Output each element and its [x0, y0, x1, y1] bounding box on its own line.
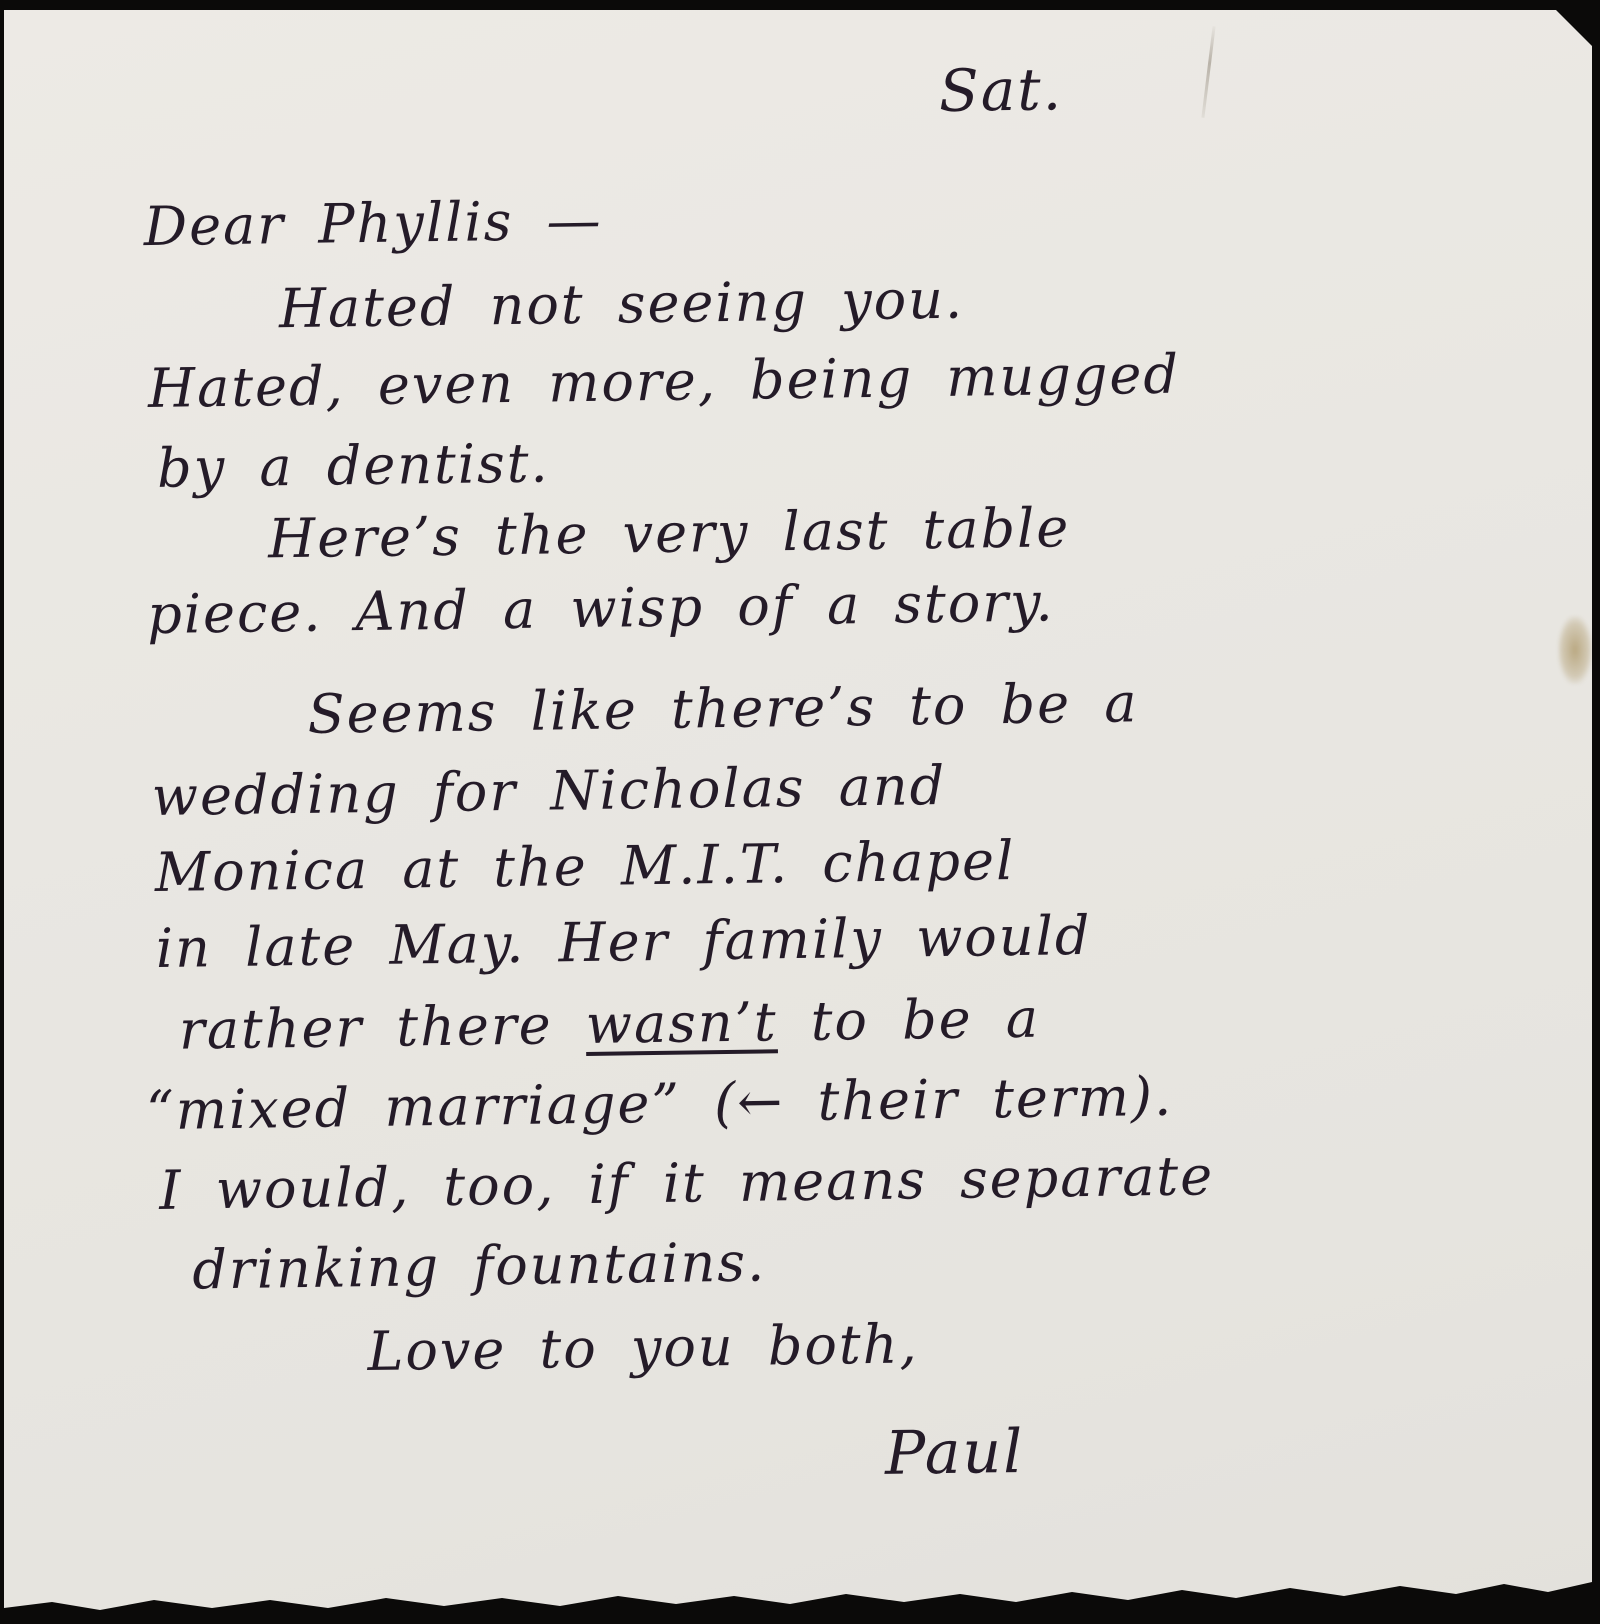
letter-closing: Love to you both, — [367, 1314, 919, 1381]
letter-body-line: “mixed marriage” (← their term). — [146, 1067, 1174, 1141]
handwritten-text-block: Sat. Dear Phyllis — Hated not seeing you… — [0, 0, 1600, 1621]
letter-body-line: I would, too, if it means separate — [159, 1146, 1215, 1220]
letter-salutation: Dear Phyllis — — [143, 191, 603, 257]
letter-body-line: drinking fountains. — [192, 1232, 767, 1299]
letter-body-line: piece. And a wisp of a story. — [147, 572, 1055, 644]
letter-body-line: wedding for Nicholas and — [151, 756, 946, 826]
letter-body-line: rather there wasn’t to be a — [179, 989, 1041, 1060]
scanned-letter-page: Sat. Dear Phyllis — Hated not seeing you… — [0, 0, 1600, 1624]
letter-line-segment: rather there — [179, 993, 587, 1062]
letter-body-line: in late May. Her family would — [155, 906, 1091, 978]
letter-body-line: Hated, even more, being mugged — [148, 345, 1181, 419]
letter-body-line: Seems like there’s to be a — [307, 673, 1139, 744]
letter-body-line: Monica at the M.I.T. chapel — [154, 831, 1015, 902]
letter-paper: Sat. Dear Phyllis — Hated not seeing you… — [4, 10, 1592, 1610]
letter-body-line: by a dentist. — [157, 433, 550, 498]
letter-signature: Paul — [885, 1419, 1025, 1487]
letter-body-line: Here’s the very last table — [268, 498, 1071, 569]
letter-body-line: Hated not seeing you. — [279, 270, 965, 339]
underlined-word: wasn’t — [585, 990, 778, 1056]
letter-dateline: Sat. — [939, 58, 1064, 124]
paper-stain — [1558, 616, 1592, 684]
letter-line-segment: to be a — [777, 987, 1040, 1054]
